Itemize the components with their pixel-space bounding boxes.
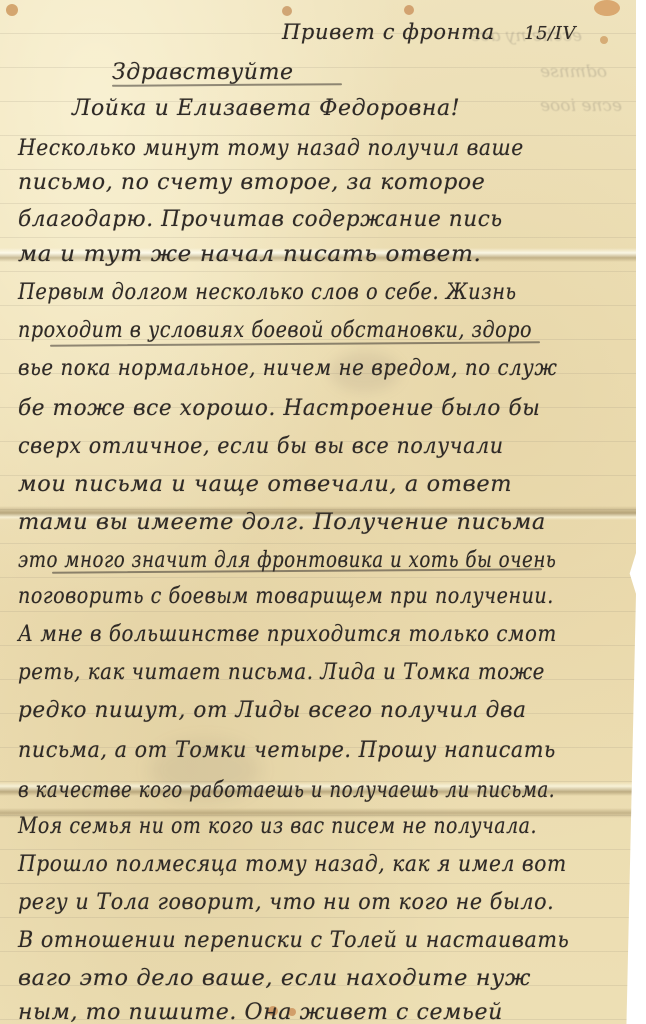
greeting: Здравствуйте: [112, 60, 294, 85]
addressee: Лойка и Елизавета Федоровна!: [72, 96, 460, 121]
letter-line: регу и Тола говорит, что ни от кого не б…: [18, 890, 554, 915]
letter-line: Прошло полмесяца тому назад, как я имел …: [18, 852, 567, 877]
letter-line: Первым долгом несколько слов о себе. Жиз…: [18, 280, 517, 305]
letter-line: благодарю. Прочитав содержание пись: [18, 207, 503, 232]
letter-line: реть, как читает письма. Лида и Томка то…: [18, 660, 545, 685]
greeting-underline: [112, 83, 342, 87]
letter-line: Несколько минут тому назад получил ваше: [18, 136, 524, 161]
salutation-text: Привет с фронта: [282, 20, 495, 44]
letter-line: ма и тут же начал писать ответ.: [18, 242, 481, 267]
letter-line: тами вы имеете долг. Получение письма: [18, 510, 546, 535]
letter-line: вье пока нормальное, ничем не вредом, по…: [18, 356, 557, 381]
letter-line: ным, то пишите. Она живет с семьей: [18, 1000, 503, 1024]
letter-line: Моя семья ни от кого из вас писем не пол…: [18, 814, 537, 839]
letter-line: письмо, по счету второе, за которое: [18, 170, 485, 195]
letter-line: мои письма и чаще отвечали, а ответ: [18, 472, 512, 497]
letter-line: проходит в условиях боевой обстановки, з…: [18, 318, 532, 343]
letter-line: А мне в большинстве приходится только см…: [18, 622, 557, 647]
header-salutation: Привет с фронта 15/IV: [282, 20, 576, 44]
letter-line: редко пишут, от Лиды всего получил два: [18, 698, 527, 723]
letter-text: Привет с фронта 15/IV Здравствуйте Лойка…: [0, 0, 636, 1024]
letter-line: В отношении переписки с Толей и настаива…: [18, 928, 569, 953]
letter-line: сверх отличное, если бы вы все получали: [18, 434, 504, 459]
letter-line: поговорить с боевым товарищем при получе…: [18, 584, 554, 609]
letter-line: ваго это дело ваше, если находите нуж: [18, 966, 531, 991]
letter-line: бе тоже все хорошо. Настроение было бы: [18, 396, 540, 421]
letter-line: в качестве кого работаешь и получаешь ли…: [18, 778, 555, 803]
date-mark: 15/IV: [524, 23, 576, 44]
letter-line: письма, а от Томки четыре. Прошу написат…: [18, 738, 556, 763]
